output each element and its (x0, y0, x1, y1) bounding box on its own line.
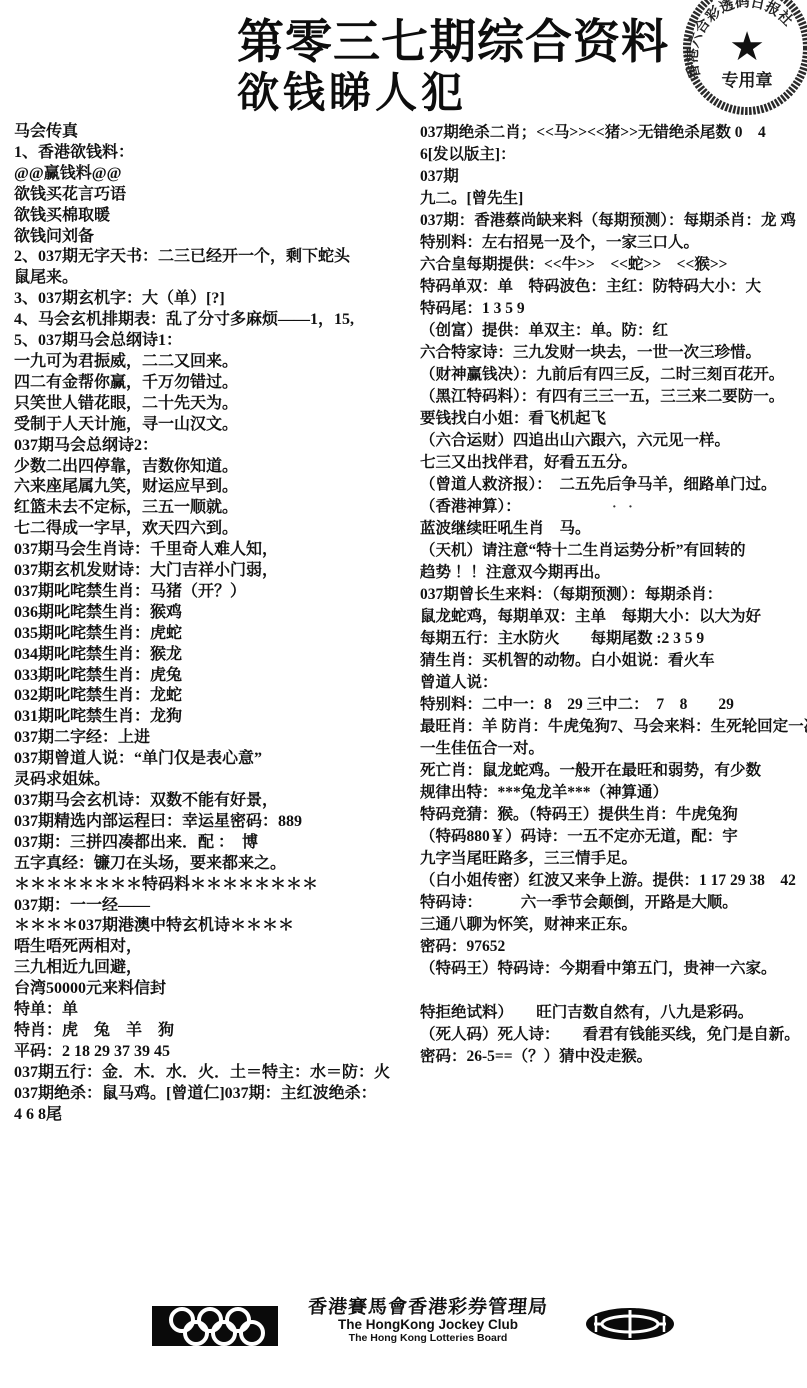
text-line: 蓝波继续旺吼生肖 马。 (420, 518, 806, 540)
text-line: 037期：香港蔡尚缺来料（每期预测）：每期杀肖：龙 鸡 (420, 210, 806, 232)
text-line (420, 980, 806, 1002)
text-line: 6[发以版主]： (420, 144, 806, 166)
star-icon: ★ (729, 24, 765, 69)
text-line: 037期绝杀：鼠马鸡。[曾道仁]037期：主红波绝杀： (14, 1084, 410, 1105)
text-line: 1、香港欲钱料： (14, 143, 410, 164)
text-line: 特码诗： 六一季节会颠倒，开路是大顺。 (420, 892, 806, 914)
text-line: 六来座尾属九笑，财运应早到。 (14, 477, 410, 498)
text-line: 特别料：左右招晃一及个，一家三口人。 (420, 232, 806, 254)
text-line: 037期：一一经—— (14, 896, 410, 917)
page-subtitle: 欲钱睇人犯 (237, 70, 669, 116)
text-line: （死人码）死人诗： 看君有钱能买线，免门是自新。 (420, 1024, 806, 1046)
text-line: 密码：97652 (420, 936, 806, 958)
text-line: 少数二出四停靠，吉数你知道。 (14, 457, 410, 478)
scan-speckle: · · (612, 500, 637, 516)
text-line: 特单：单 (14, 1000, 410, 1021)
text-line: 一生佳伍合一对。 (420, 738, 806, 760)
text-line: 特码尾：1 3 5 9 (420, 298, 806, 320)
text-line: 037期五行：金．木．水．火．土＝特主：水＝防：火 (14, 1063, 410, 1084)
text-line: 四二有金帮你赢，千万勿错过。 (14, 373, 410, 394)
text-line: 九二。[曾先生] (420, 188, 806, 210)
text-line: （财神赢钱决）：九前后有四三反，二时三刻百花开。 (420, 364, 806, 386)
text-line: 特码竞猜：猴。（特码王）提供生肖：牛虎兔狗 (420, 804, 806, 826)
left-column: 马会传真1、香港欲钱料：@@赢钱料@@欲钱买花言巧语欲钱买棉取暖欲钱问刘备2、0… (14, 122, 410, 1126)
text-line: 欲钱买棉取暖 (14, 206, 410, 227)
text-line: 037期马会总纲诗2： (14, 436, 410, 457)
text-line: 六合皇每期提供：<<牛>> <<蛇>> <<猴>> (420, 254, 806, 276)
text-line: ＊＊＊＊＊＊＊＊特码料＊＊＊＊＊＊＊＊ (14, 875, 410, 896)
text-line: 欲钱问刘备 (14, 227, 410, 248)
text-line: 一九可为君振威，二二又回来。 (14, 352, 410, 373)
text-line: 猜生肖：买机智的动物。白小姐说：看火车 (420, 650, 806, 672)
footer-org-name-cn: 香港賽馬會香港彩券管理局 (287, 1298, 568, 1318)
text-line: 037期马会玄机诗：双数不能有好景， (14, 791, 410, 812)
text-line: 035期叱咤禁生肖：虎蛇 (14, 624, 410, 645)
fax-document-page: 第零三七期综合资料 欲钱睇人犯 香港六合彩透码日报社 ★ 专用章 马会传真1、香… (0, 0, 807, 1388)
seal-graphic: 香港六合彩透码日报社 ★ 专用章 (680, 0, 807, 120)
text-line: 2、037期无字天书：二三已经开一个，剩下蛇头 (14, 247, 410, 268)
footer-org-block: 香港賽馬會香港彩券管理局 The HongKong Jockey Club Th… (288, 1298, 568, 1344)
text-line: 密码：26-5==（？）猜中没走猴。 (420, 1046, 806, 1068)
text-line: 037期：三拼四凑都出来．配 ： 博 (14, 833, 410, 854)
text-line: 每期五行：主水防火 每期尾数 :2 3 5 9 (420, 628, 806, 650)
text-line: 三九相近九回避， (14, 958, 410, 979)
text-line: （白小姐传密）红波又来争上游。提供：1 17 29 38 42 (420, 870, 806, 892)
text-line: 红篮未去不定标，三五一顺就。 (14, 498, 410, 519)
text-line: 037期二字经：上进 (14, 728, 410, 749)
text-line: 六合特家诗：三九发财一块去，一世一次三珍惜。 (420, 342, 806, 364)
text-line: 台湾50000元来料信封 (14, 979, 410, 1000)
seal-label: 专用章 (722, 70, 773, 90)
text-line: 鼠尾来。 (14, 268, 410, 289)
text-line: 鼠龙蛇鸡，每期单双：主单 每期大小：以大为好 (420, 606, 806, 628)
text-line: 趋势 ！！注意双今期再出。 (420, 562, 806, 584)
footer-org-name-en: The HongKong Jockey Club (288, 1318, 568, 1332)
lotteries-board-logo-icon (584, 1306, 676, 1347)
text-line: 032期叱咤禁生肖：龙蛇 (14, 686, 410, 707)
text-line: 特肖：虎 兔 羊 狗 (14, 1021, 410, 1042)
text-line: 七二得成一字早，欢天四六到。 (14, 519, 410, 540)
text-line: （六合运财）四追出山六跟六，六元见一样。 (420, 430, 806, 452)
official-seal: 香港六合彩透码日报社 ★ 专用章 (680, 0, 807, 120)
text-line: （黑江特码料）：有四有三三一五，三三来二要防一。 (420, 386, 806, 408)
text-line: 九字当尾旺路多，三三情手足。 (420, 848, 806, 870)
text-line: 五字真经：镰刀在头场，要来都来之。 (14, 854, 410, 875)
text-line: 平码：2 18 29 37 39 45 (14, 1042, 410, 1063)
text-line: 要钱找白小姐：看飞机起飞 (420, 408, 806, 430)
text-line: 特别料：二中一：8 29 三中二： 7 8 29 (420, 694, 806, 716)
text-line: （创富）提供：单双主：单。防：红 (420, 320, 806, 342)
text-line: 037期玄机发财诗：大门吉祥小门弱， (14, 561, 410, 582)
text-line: @@赢钱料@@ (14, 164, 410, 185)
text-line: 特拒绝试料） 旺门吉数自然有，八九是彩码。 (420, 1002, 806, 1024)
text-line: 欲钱买花言巧语 (14, 185, 410, 206)
text-line: 037期曾长生来料：（每期预测）：每期杀肖： (420, 584, 806, 606)
text-line: 唔生唔死两相对， (14, 937, 410, 958)
text-line: ＊＊＊＊037期港澳中特玄机诗＊＊＊＊ (14, 916, 410, 937)
page-title: 第零三七期综合资料 (237, 14, 669, 70)
text-line: 最旺肖：羊 防肖：牛虎兔狗7、马会来料：生死轮回定一次， (420, 716, 806, 738)
text-line: 三通八聊为怀笑，财神来正东。 (420, 914, 806, 936)
text-line: 037期叱咤禁生肖：马猪（开？） (14, 582, 410, 603)
text-line: 七三又出找伴君，好看五五分。 (420, 452, 806, 474)
text-line: 037期绝杀二肖；<<马>><<猪>>无错绝杀尾数 0 4 (420, 122, 806, 144)
text-line: 031期叱咤禁生肖：龙狗 (14, 707, 410, 728)
text-line: 037期精选内部运程曰：幸运星密码：889 (14, 812, 410, 833)
text-line: 死亡肖：鼠龙蛇鸡。一般开在最旺和弱势，有少数 (420, 760, 806, 782)
text-line: 037期马会生肖诗：千里奇人难人知， (14, 540, 410, 561)
text-line: 只笑世人错花眼，二十先天为。 (14, 394, 410, 415)
text-line: 5、037期马会总纲诗1： (14, 331, 410, 352)
text-line: （曾道人救济报）： 二五先后争马羊，细路单门过。 (420, 474, 806, 496)
text-line: 规律出特：***兔龙羊***（神算通） (420, 782, 806, 804)
footer-org-subname-en: The Hong Kong Lotteries Board (288, 1332, 568, 1344)
text-line: 4 6 8尾 (14, 1105, 410, 1126)
jockey-club-logo-icon (152, 1306, 278, 1351)
text-line: 曾道人说： (420, 672, 806, 694)
text-line: 马会传真 (14, 122, 410, 143)
text-line: 033期叱咤禁生肖：虎兔 (14, 666, 410, 687)
text-line: 4、马会玄机排期表：乱了分寸多麻烦——1，15, (14, 310, 410, 331)
text-line: 灵码求姐妹。 (14, 770, 410, 791)
text-line: 037期曾道人说：“单门仅是表心意” (14, 749, 410, 770)
text-line: 037期 (420, 166, 806, 188)
text-line: 3、037期玄机字：大（单）[?] (14, 289, 410, 310)
text-line: （天机）请注意“特十二生肖运势分析”有回转的 (420, 540, 806, 562)
text-line: 受制于人天计施，寻一山汉文。 (14, 415, 410, 436)
text-line: （特码880￥）码诗：一五不定亦无道，配：宇 (420, 826, 806, 848)
text-line: 特码单双：单 特码波色：主红：防特码大小：大 (420, 276, 806, 298)
right-column: 037期绝杀二肖；<<马>><<猪>>无错绝杀尾数 0 46[发以版主]：037… (420, 122, 806, 1068)
title-block: 第零三七期综合资料 欲钱睇人犯 (237, 14, 669, 116)
text-line: 036期叱咤禁生肖：猴鸡 (14, 603, 410, 624)
text-line: （特码王）特码诗：今期看中第五门，贵神一六家。 (420, 958, 806, 980)
text-line: 034期叱咤禁生肖：猴龙 (14, 645, 410, 666)
